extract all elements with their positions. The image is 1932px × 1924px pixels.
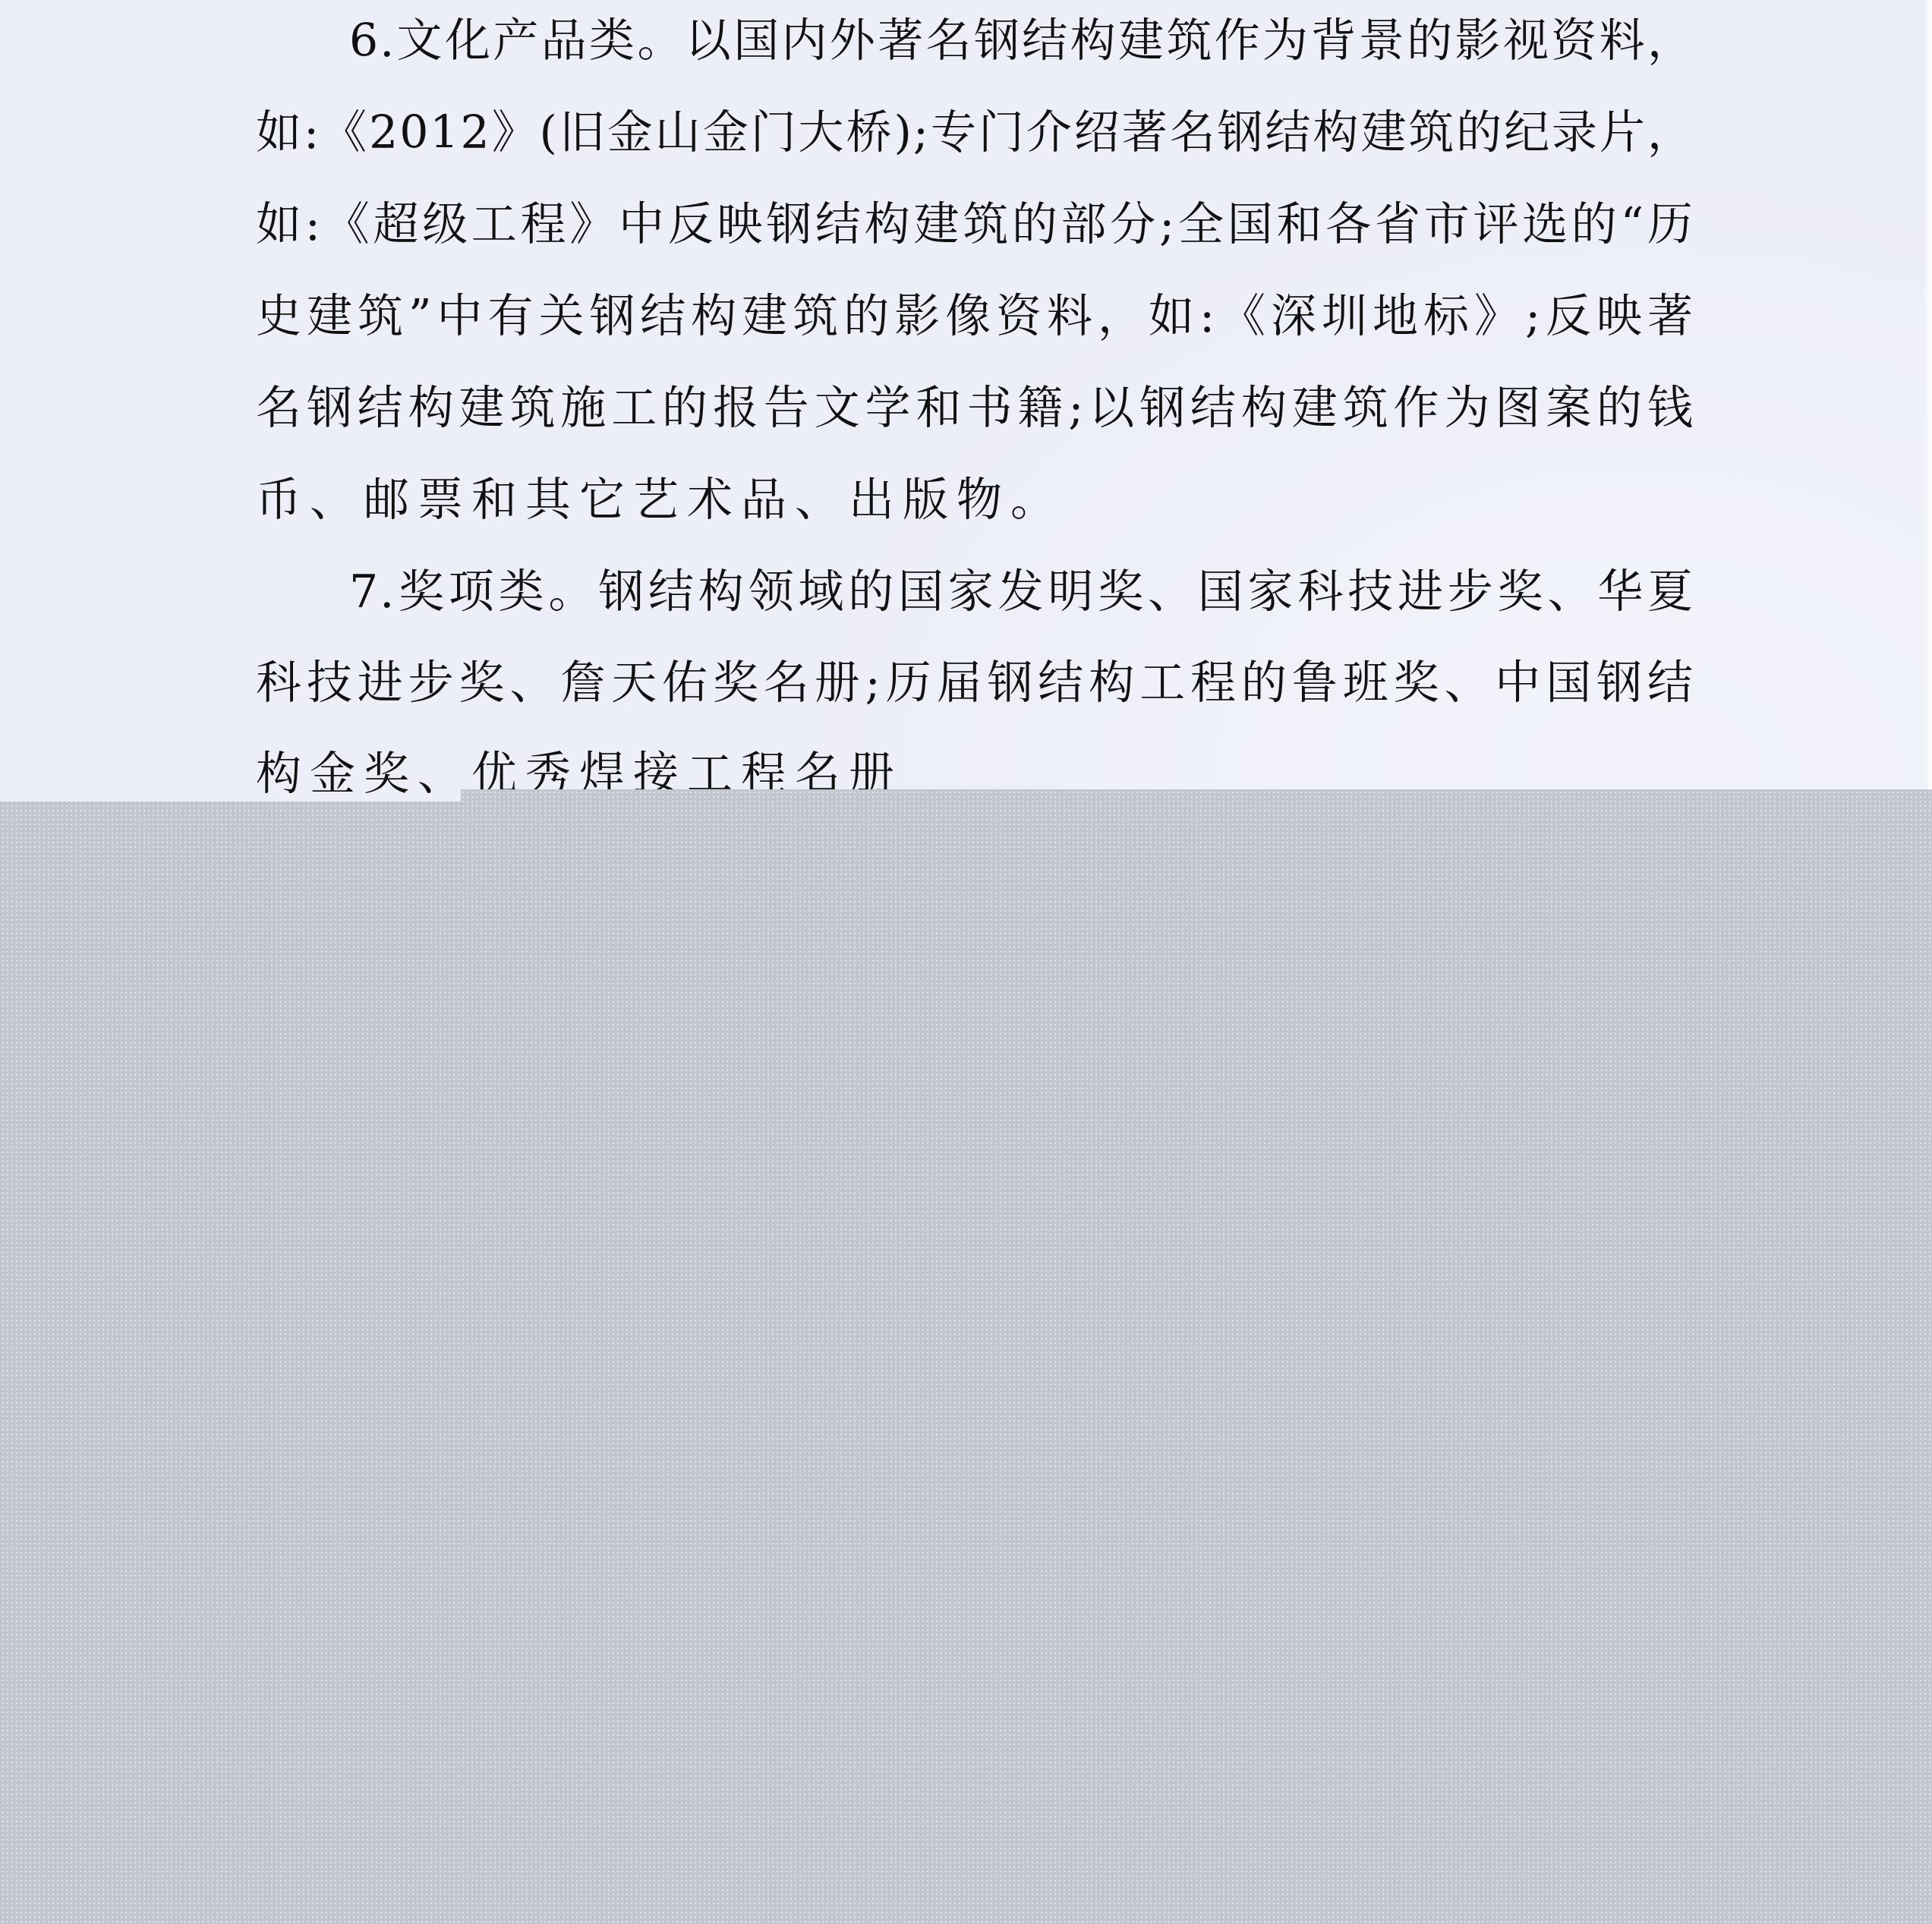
- paragraph-6-line-4: 史建筑”中有关钢结构建筑的影像资料，如:《深圳地标》;反映著: [256, 271, 1694, 363]
- paragraph-6-line-5: 名钢结构建筑施工的报告文学和书籍;以钢结构建筑作为图案的钱: [256, 363, 1694, 455]
- redaction-overlay: [0, 789, 1932, 1924]
- paragraph-7-line-2: 科技进步奖、詹天佑奖名册;历届钢结构工程的鲁班奖、中国钢结: [256, 638, 1694, 729]
- page-right-edge: [1924, 0, 1932, 789]
- paragraph-6-line-3: 如:《超级工程》中反映钢结构建筑的部分;全国和各省市评选的“历: [256, 179, 1694, 271]
- paragraph-6-line-1: 6.文化产品类。以国内外著名钢结构建筑作为背景的影视资料，: [349, 0, 1694, 87]
- paragraph-6-line-2: 如:《2012》(旧金山金门大桥);专门介绍著名钢结构建筑的纪录片，: [256, 87, 1694, 179]
- scanned-page: 6.文化产品类。以国内外著名钢结构建筑作为背景的影视资料， 如:《2012》(旧…: [0, 0, 1932, 1924]
- paragraph-6-line-6: 币、邮票和其它艺术品、出版物。: [256, 455, 1694, 546]
- paragraph-7-line-3-clip: 构金奖、优秀焊接工程名册: [256, 789, 461, 801]
- paragraph-7-line-1: 7.奖项类。钢结构领域的国家发明奖、国家科技进步奖、华夏: [349, 546, 1694, 638]
- overlay-step-notch: 构金奖、优秀焊接工程名册: [0, 789, 461, 801]
